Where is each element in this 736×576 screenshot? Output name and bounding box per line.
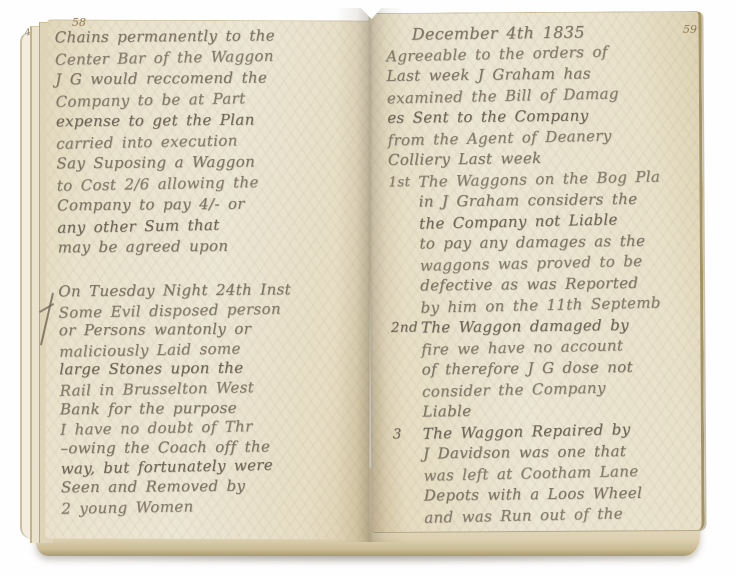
right-page-text: December 4th 1835 Agreeable to the order… <box>386 19 707 528</box>
edge-leaf-mark: 4 <box>24 28 31 39</box>
item-marker: 2nd <box>391 318 421 339</box>
manuscript-photo: 4 58 59 Chains permanently to the Center… <box>0 0 736 576</box>
handwritten-line: may be agreed upon <box>58 235 360 259</box>
paragraph-1: Chains permanently to the Center Bar of … <box>55 24 360 259</box>
item-marker: 3 <box>393 424 423 446</box>
paragraph-2: On Tuesday Night 24th Inst Some Evil dis… <box>58 279 363 518</box>
item-marker: 1st <box>388 172 418 194</box>
left-page-text: Chains permanently to the Center Bar of … <box>55 24 364 518</box>
margin-cross-mark <box>36 292 58 346</box>
